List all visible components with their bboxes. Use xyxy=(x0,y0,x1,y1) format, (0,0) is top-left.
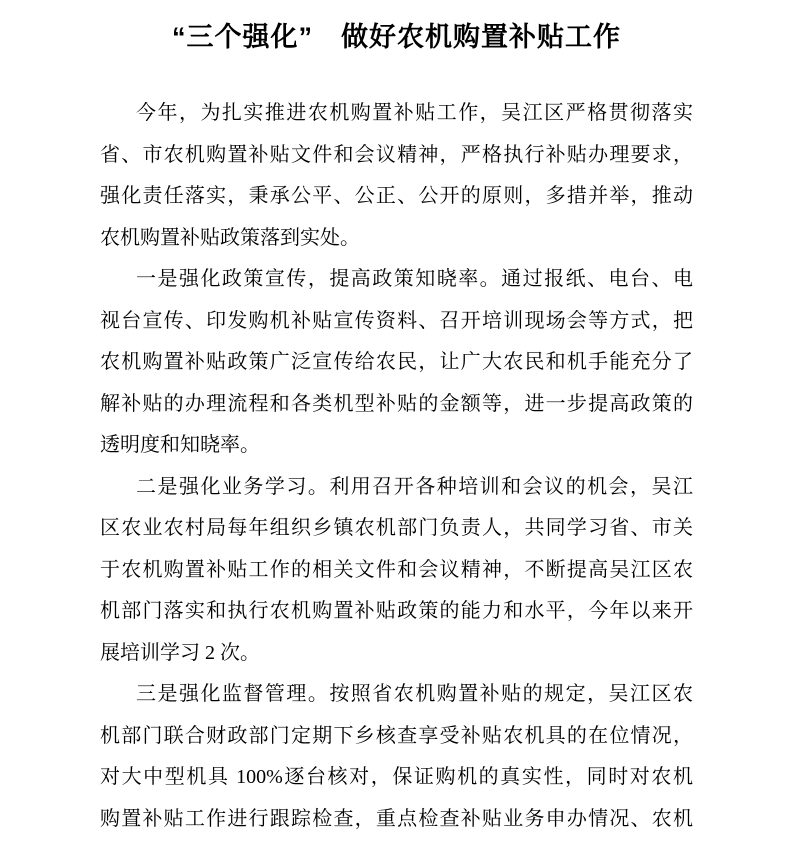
text-line: 对大中型机具 100%逐台核对，保证购机的真实性，同时对农机 xyxy=(100,757,693,799)
text-line: 解补贴的办理流程和各类机型补贴的金额等，进一步提高政策的 xyxy=(100,384,693,426)
paragraph: 今年，为扎实推进农机购置补贴工作，吴江区严格贯彻落实省、市农机购置补贴文件和会议… xyxy=(100,93,693,259)
paragraph: 三是强化监督管理。按照省农机购置补贴的规定，吴江区农机部门联合财政部门定期下乡核… xyxy=(100,674,693,840)
document-body: 今年，为扎实推进农机购置补贴工作，吴江区严格贯彻落实省、市农机购置补贴文件和会议… xyxy=(100,93,693,840)
paragraph: 二是强化业务学习。利用召开各种培训和会议的机会，吴江区农业农村局每年组织乡镇农机… xyxy=(100,467,693,675)
text-line: 透明度和知晓率。 xyxy=(100,425,693,467)
text-line: 农机购置补贴政策落到实处。 xyxy=(100,218,693,260)
text-line: 区农业农村局每年组织乡镇农机部门负责人，共同学习省、市关 xyxy=(100,508,693,550)
document-page: “三个强化” 做好农机购置补贴工作 今年，为扎实推进农机购置补贴工作，吴江区严格… xyxy=(0,0,793,851)
document-title: “三个强化” 做好农机购置补贴工作 xyxy=(100,18,693,56)
text-line: 购置补贴工作进行跟踪检查，重点检查补贴业务申办情况、农机 xyxy=(100,799,693,841)
text-line: 农机购置补贴政策广泛宣传给农民，让广大农民和机手能充分了 xyxy=(100,342,693,384)
text-line: 于农机购置补贴工作的相关文件和会议精神，不断提高吴江区农 xyxy=(100,550,693,592)
text-line: 二是强化业务学习。利用召开各种培训和会议的机会，吴江 xyxy=(100,467,693,509)
paragraph: 一是强化政策宣传，提高政策知晓率。通过报纸、电台、电视台宣传、印发购机补贴宣传资… xyxy=(100,259,693,467)
text-line: 强化责任落实，秉承公平、公正、公开的原则，多措并举，推动 xyxy=(100,176,693,218)
text-line: 省、市农机购置补贴文件和会议精神，严格执行补贴办理要求， xyxy=(100,135,693,177)
text-line: 视台宣传、印发购机补贴宣传资料、召开培训现场会等方式，把 xyxy=(100,301,693,343)
text-line: 今年，为扎实推进农机购置补贴工作，吴江区严格贯彻落实 xyxy=(100,93,693,135)
text-line: 三是强化监督管理。按照省农机购置补贴的规定，吴江区农 xyxy=(100,674,693,716)
text-line: 展培训学习 2 次。 xyxy=(100,633,693,675)
text-line: 一是强化政策宣传，提高政策知晓率。通过报纸、电台、电 xyxy=(100,259,693,301)
text-line: 机部门联合财政部门定期下乡核查享受补贴农机具的在位情况， xyxy=(100,716,693,758)
text-line: 机部门落实和执行农机购置补贴政策的能力和水平，今年以来开 xyxy=(100,591,693,633)
